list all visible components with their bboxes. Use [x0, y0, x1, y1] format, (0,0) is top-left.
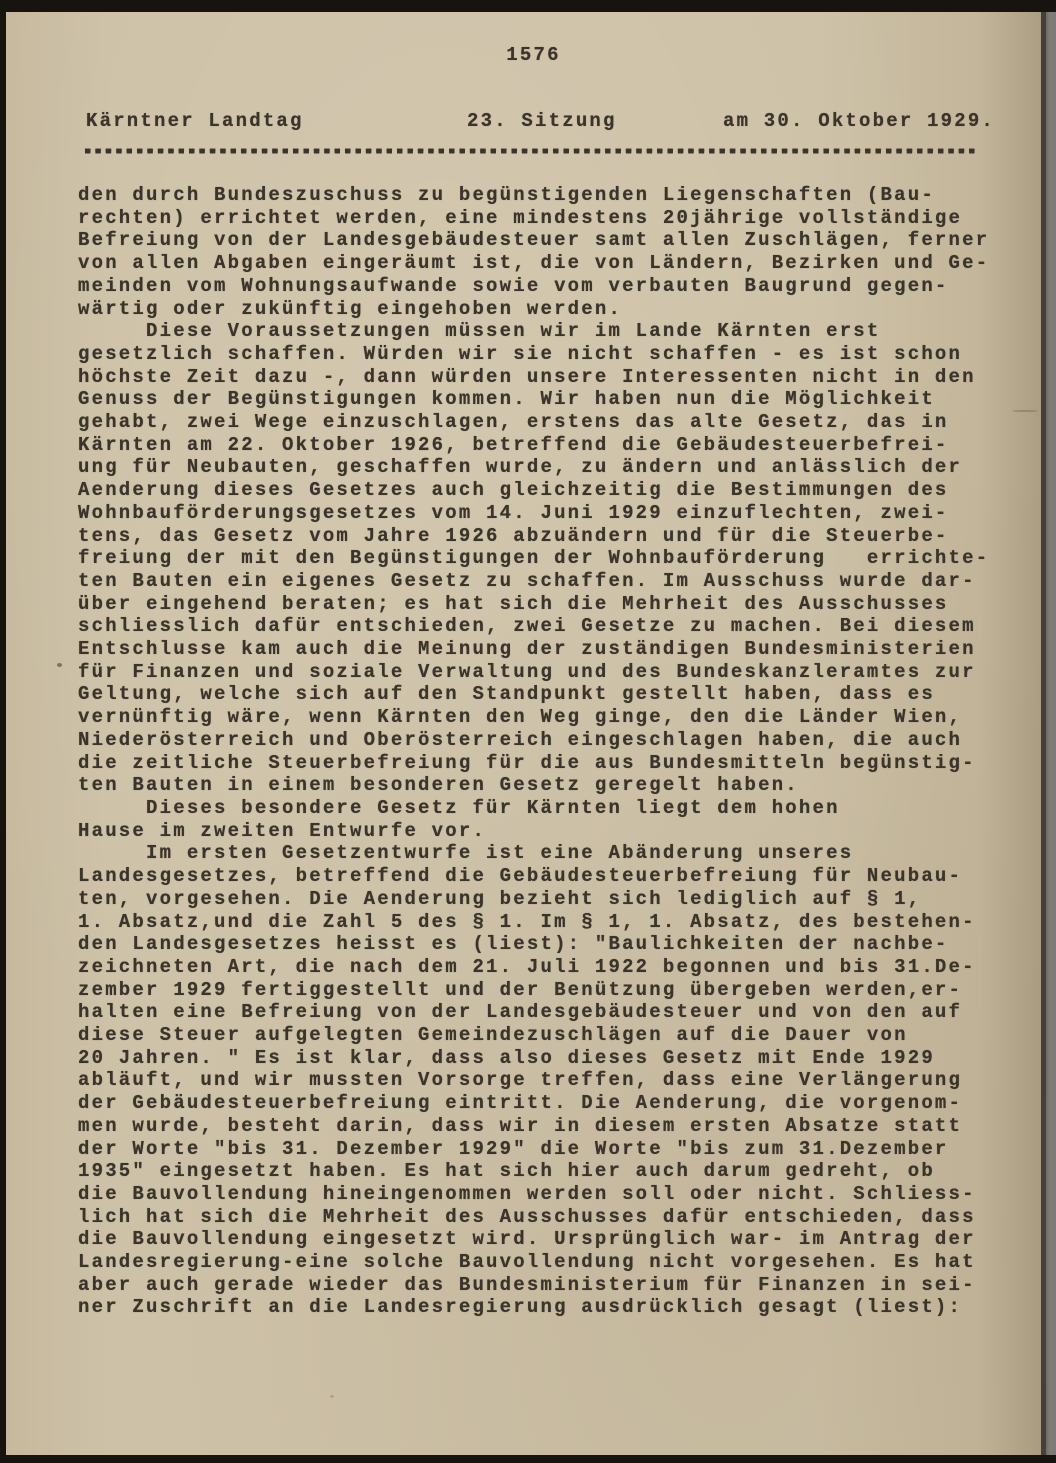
scanned-document-page: 1576 Kärntner Landtag 23. Sitzung am 30.… — [0, 0, 1056, 1463]
header-session-number: 23. Sitzung — [467, 110, 617, 132]
scan-border-left — [0, 0, 6, 1463]
scan-border-top — [0, 0, 1056, 12]
scan-border-bottom — [0, 1455, 1056, 1463]
paper-speck — [330, 1395, 334, 1398]
scan-edge-strip — [1046, 0, 1056, 1463]
paper-speck — [57, 663, 62, 667]
paper-speck — [1012, 410, 1038, 412]
page-header: Kärntner Landtag 23. Sitzung am 30. Okto… — [86, 110, 1006, 136]
header-parliament-title: Kärntner Landtag — [86, 110, 304, 132]
separator-dashed-line: ----------------------------------------… — [82, 139, 977, 161]
page-number: 1576 — [78, 44, 989, 66]
header-session-date: am 30. Oktober 1929. — [723, 110, 995, 132]
body-text: den durch Bundeszuschuss zu begünstigend… — [78, 184, 1008, 1319]
